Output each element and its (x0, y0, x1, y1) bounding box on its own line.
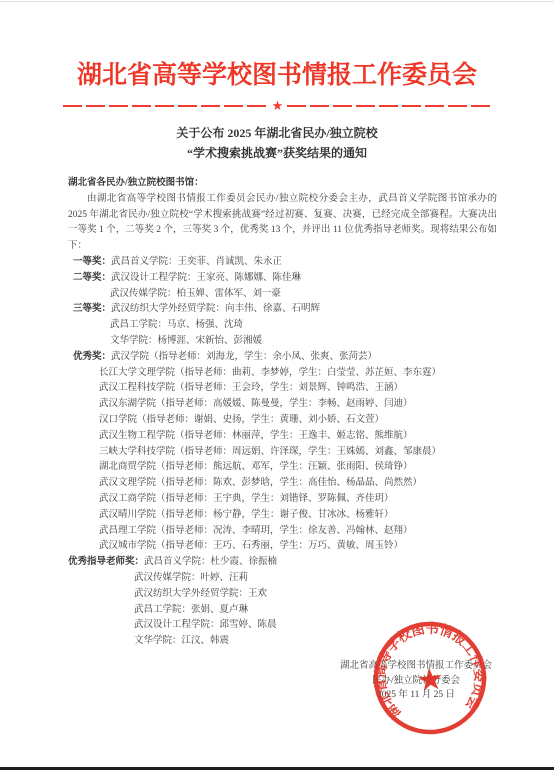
award-line: 武汉纺织大学外经贸学院：王欢 (68, 587, 497, 603)
award-line: 二等奖：武汉设计工程学院：王家亮、陈娜娜、陈佳琳 (68, 271, 497, 287)
award-text: 武汉纺织大学外经贸学院：向丰伟、徐嘉、石明辉 (111, 304, 320, 314)
org-title: 湖北省高等学校图书情报工作委员会 (0, 0, 554, 90)
award-line: 三峡大学科技学院（指导老师：周远娟、许泽琛，学生：王姝嫣、刘鑫、邹康晨） (68, 445, 497, 461)
award-line: 武汉生物工程学院（指导老师：林丽萍，学生：王逸丰、姬志铭、熊维航） (68, 429, 497, 445)
award-label: 二等奖： (73, 271, 111, 287)
salutation: 湖北省各民办/独立院校图书馆： (68, 176, 497, 192)
star-icon: ★ (268, 100, 288, 113)
award-line: 武汉传媒学院：柏玉婵、雷体军、刘一豪 (68, 287, 497, 303)
award-label: 优秀奖： (73, 350, 111, 366)
award-text: 武汉学院（指导老师：刘海龙，学生：余小凤、张爽、张菏芸） (111, 352, 377, 362)
award-line: 武昌工学院：马京、杨强、沈琦 (68, 318, 497, 334)
official-seal: 湖北省高等学校图书情报工作委员会 ★ (357, 605, 502, 750)
doc-title-line1: 关于公布 2025 年湖北省民办/独立院校 (0, 123, 554, 143)
award-line: 武汉传媒学院：叶婷、汪莉 (68, 571, 497, 587)
award-line: 长江大学文理学院（指导老师：曲莉、李梦婷，学生：白莹莹、苏芷姮、李东霆） (68, 366, 497, 382)
award-label: 一等奖： (73, 255, 111, 271)
award-line: 优秀指导老师奖：武昌首义学院：杜少霞、徐振楠 (68, 555, 497, 571)
award-line: 一等奖：武昌首义学院：王奕菲、肖诚凯、朱永正 (68, 255, 497, 271)
award-line: 武汉东湖学院（指导老师：高媛媛、陈曼曼，学生：李畅、赵雨婷、闫迪） (68, 397, 497, 413)
awards-list: 一等奖：武昌首义学院：王奕菲、肖诚凯、朱永正二等奖：武汉设计工程学院：王家亮、陈… (68, 255, 497, 650)
award-text: 武汉设计工程学院：王家亮、陈娜娜、陈佳琳 (111, 273, 301, 283)
award-line: 武汉城市学院（指导老师：王巧、石秀丽，学生：万巧、黄敏、周玉铃） (68, 539, 497, 555)
award-line: 武汉工商学院（指导老师：王宇典，学生：刘锴铎、罗陈佩、齐佳玥） (68, 492, 497, 508)
divider-line-right (287, 105, 492, 107)
seal-star-icon: ★ (415, 661, 446, 700)
document-body: 湖北省各民办/独立院校图书馆： 由湖北省高等学校图书情报工作委员会民办/独立院校… (68, 176, 497, 650)
award-group: 二等奖：武汉设计工程学院：王家亮、陈娜娜、陈佳琳武汉传媒学院：柏玉婵、雷体军、刘… (68, 271, 497, 303)
award-line: 武汉晴川学院（指导老师：杨宁静，学生：谢子俊、甘冰冰、杨雅轩） (68, 508, 497, 524)
award-line: 武汉文理学院（指导老师：陈欢、彭梦晗，学生：高佳怡、杨晶晶、尚然然） (68, 476, 497, 492)
award-group: 一等奖：武昌首义学院：王奕菲、肖诚凯、朱永正 (68, 255, 497, 271)
award-text: 武昌首义学院：王奕菲、肖诚凯、朱永正 (111, 257, 282, 267)
doc-title-line2: “学术搜索挑战赛”获奖结果的通知 (0, 143, 554, 163)
red-divider: ★ (63, 99, 492, 113)
award-label: 优秀指导老师奖： (68, 555, 144, 571)
page-top-edge (0, 1, 554, 2)
award-text: 武昌首义学院：杜少霞、徐振楠 (144, 557, 277, 567)
award-line: 优秀奖：武汉学院（指导老师：刘海龙，学生：余小凤、张爽、张菏芸） (68, 350, 497, 366)
award-line: 汉口学院（指导老师：谢娟、史扬，学生：黄珊、刘小娇、石文萱） (68, 413, 497, 429)
award-line: 武汉工程科技学院（指导老师：王会玲，学生：刘景辉、钟鸣浩、王涵） (68, 381, 497, 397)
divider-line-left (63, 105, 268, 107)
award-group: 三等奖：武汉纺织大学外经贸学院：向丰伟、徐嘉、石明辉武昌工学院：马京、杨强、沈琦… (68, 302, 497, 349)
award-group: 优秀奖：武汉学院（指导老师：刘海龙，学生：余小凤、张爽、张菏芸）长江大学文理学院… (68, 350, 497, 555)
document-page: 湖北省高等学校图书情报工作委员会 ★ 关于公布 2025 年湖北省民办/独立院校… (0, 0, 554, 773)
award-line: 武昌理工学院（指导老师：况涛、李晴玥，学生：徐友善、冯翰林、赵翔） (68, 524, 497, 540)
intro-paragraph: 由湖北省高等学校图书情报工作委员会民办/独立院校分委会主办，武昌首义学院图书馆承… (68, 192, 497, 255)
award-line: 湖北商贸学院（指导老师：熊远航、邓军，学生：汪颖、张雨阳、侯琦铮） (68, 460, 497, 476)
award-line: 三等奖：武汉纺织大学外经贸学院：向丰伟、徐嘉、石明辉 (68, 302, 497, 318)
award-label: 三等奖： (73, 302, 111, 318)
award-line: 文华学院：杨博涯、宋新怡、彭湘媛 (68, 334, 497, 350)
page-bottom-edge (0, 767, 554, 770)
